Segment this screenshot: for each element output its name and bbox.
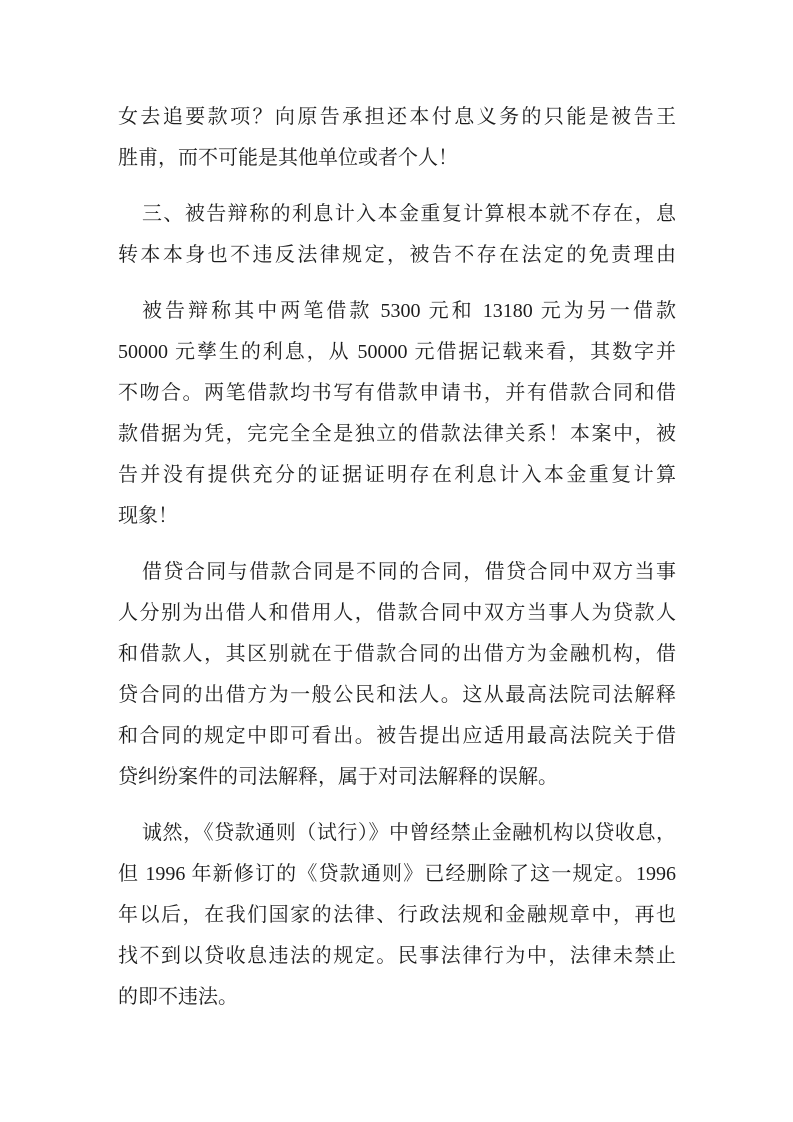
text-line: 但 1996 年新修订的《贷款通则》已经删除了这一规定。1996 (118, 854, 676, 895)
text-line: 50000 元孳生的利息，从 50000 元借据记载来看，其数字并 (118, 332, 676, 373)
text-line: 贷纠纷案件的司法解释，属于对司法解释的误解。 (118, 757, 676, 798)
paragraph-continuation: 女去追要款项？向原告承担还本付息义务的只能是被告王 胜甫，而不可能是其他单位或者… (118, 97, 676, 179)
text-line: 女去追要款项？向原告承担还本付息义务的只能是被告王 (118, 97, 676, 138)
text-line: 的即不违法。 (118, 977, 676, 1018)
text-line: 胜甫，而不可能是其他单位或者个人！ (118, 138, 676, 179)
paragraph-heading-three: 三、被告辩称的利息计入本金重复计算根本就不存在，息 转本本身也不违反法律规定，被… (118, 194, 676, 276)
text-line: 告并没有提供充分的证据证明存在利息计入本金重复计算 (118, 455, 676, 496)
paragraph-contract-distinction: 借贷合同与借款合同是不同的合同，借贷合同中双方当事 人分别为出借人和借用人，借款… (118, 552, 676, 798)
document-page: 女去追要款项？向原告承担还本付息义务的只能是被告王 胜甫，而不可能是其他单位或者… (0, 0, 793, 1122)
text-line: 款借据为凭，完完全全是独立的借款法律关系！本案中，被 (118, 414, 676, 455)
text-line: 和合同的规定中即可看出。被告提出应适用最高法院关于借 (118, 716, 676, 757)
text-line: 和借款人，其区别就在于借款合同的出借方为金融机构，借 (118, 634, 676, 675)
text-line: 被告辩称其中两笔借款 5300 元和 13180 元为另一借款 (118, 291, 676, 332)
text-line: 三、被告辩称的利息计入本金重复计算根本就不存在，息 (118, 194, 676, 235)
paragraph-loan-rules-1996: 诚然，《贷款通则（试行）》中曾经禁止金融机构以贷收息， 但 1996 年新修订的… (118, 813, 676, 1018)
text-line: 转本本身也不违反法律规定，被告不存在法定的免责理由 (118, 235, 676, 276)
text-line: 人分别为出借人和借用人，借款合同中双方当事人为贷款人 (118, 593, 676, 634)
paragraph-loan-amounts: 被告辩称其中两笔借款 5300 元和 13180 元为另一借款 50000 元孳… (118, 291, 676, 537)
text-line: 诚然，《贷款通则（试行）》中曾经禁止金融机构以贷收息， (118, 813, 676, 854)
text-line: 现象！ (118, 496, 676, 537)
text-line: 年以后，在我们国家的法律、行政法规和金融规章中，再也 (118, 895, 676, 936)
text-line: 找不到以贷收息违法的规定。民事法律行为中，法律未禁止 (118, 936, 676, 977)
text-line: 不吻合。两笔借款均书写有借款申请书，并有借款合同和借 (118, 373, 676, 414)
text-line: 借贷合同与借款合同是不同的合同，借贷合同中双方当事 (118, 552, 676, 593)
text-line: 贷合同的出借方为一般公民和法人。这从最高法院司法解释 (118, 675, 676, 716)
document-body: 女去追要款项？向原告承担还本付息义务的只能是被告王 胜甫，而不可能是其他单位或者… (118, 97, 676, 1033)
